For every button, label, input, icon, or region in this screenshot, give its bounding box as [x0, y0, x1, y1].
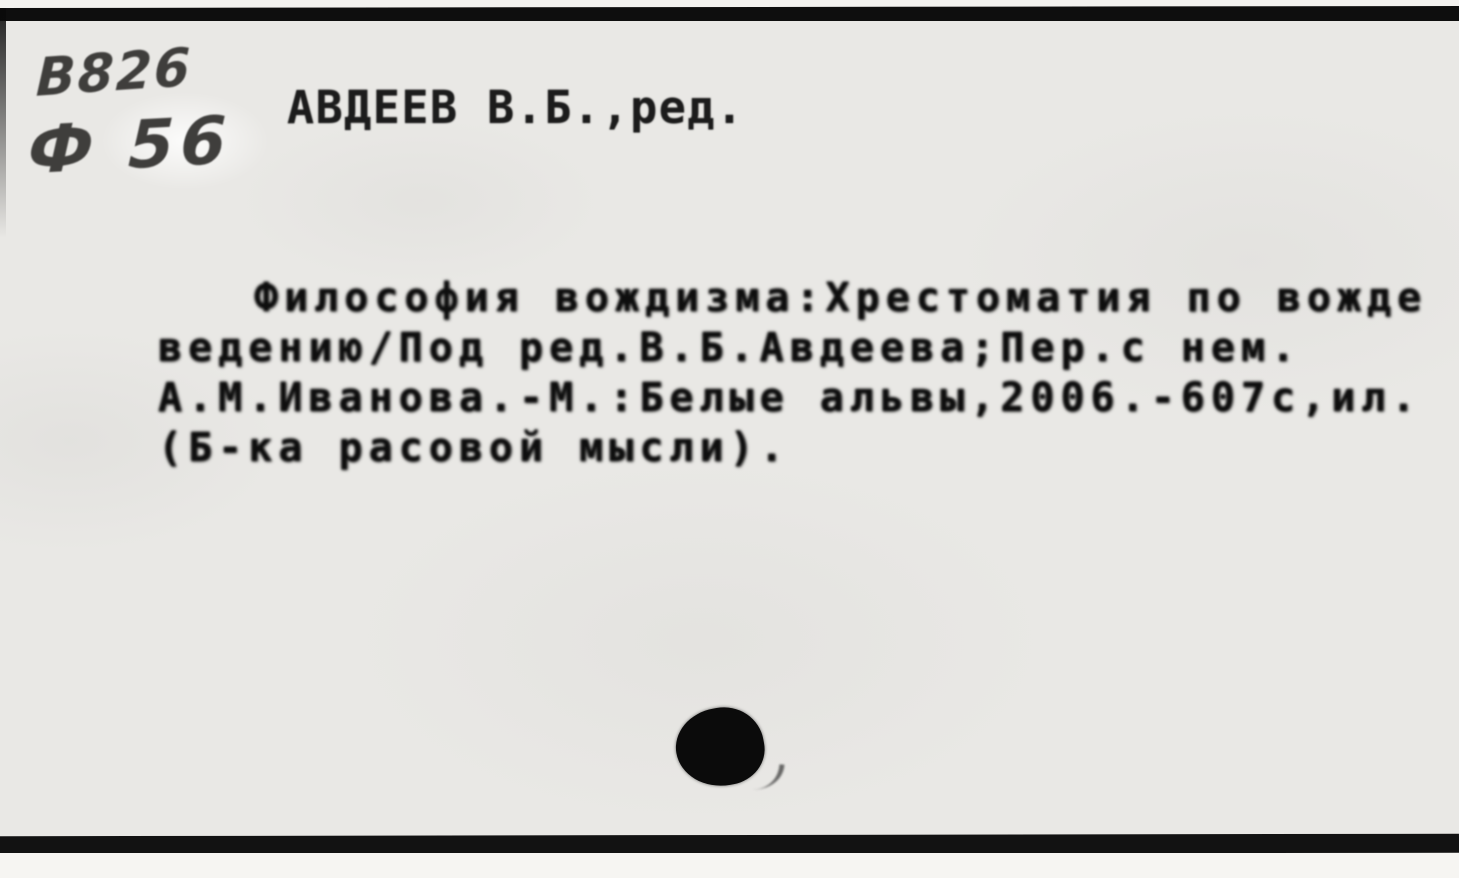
bibliography-line-1: Философия вождизма:Хрестоматия по вожде	[158, 273, 1458, 323]
call-number-top: В826	[35, 37, 193, 108]
bibliographic-description: Философия вождизма:Хрестоматия по вожде …	[158, 273, 1458, 473]
scan-edge-left	[0, 8, 6, 238]
bibliography-line-2: ведению/Под ред.В.Б.Авдеева;Пер.с нем.	[158, 323, 1458, 373]
catalog-card: В826 Ф 56 АВДЕЕВ В.Б.,ред. Философия вож…	[0, 21, 1459, 836]
scan-margin-bottom	[0, 853, 1459, 878]
scanned-catalog-card: В826 Ф 56 АВДЕЕВ В.Б.,ред. Философия вож…	[0, 0, 1459, 878]
call-number-bottom: Ф 56	[27, 102, 234, 190]
author-heading: АВДЕЕВ В.Б.,ред.	[287, 81, 744, 134]
ink-dot	[670, 701, 770, 793]
bibliography-line-3: А.М.Иванова.-М.:Белые альвы,2006.-607с,и…	[158, 373, 1458, 423]
bibliography-line-4: (Б-ка расовой мысли).	[158, 423, 1458, 473]
